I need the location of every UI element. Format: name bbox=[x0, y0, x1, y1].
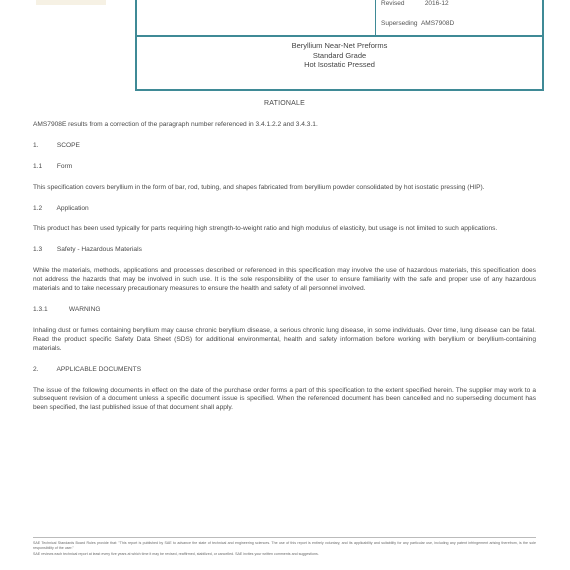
document-header-box: Revised 2016-12 Superseding AMS7908D Ber… bbox=[135, 0, 544, 91]
sae-logo-fragment bbox=[36, 0, 106, 5]
warning-paragraph: Inhaling dust or fumes containing beryll… bbox=[33, 327, 536, 354]
header-metadata: Revised 2016-12 Superseding AMS7908D bbox=[375, 0, 542, 35]
section-number: 1.2 bbox=[33, 205, 55, 214]
footer-line: SAE Technical Standards Board Rules prov… bbox=[33, 541, 536, 550]
document-title: Beryllium Near-Net Preforms Standard Gra… bbox=[137, 41, 542, 70]
footer-line: SAE reviews each technical report at lea… bbox=[33, 552, 536, 557]
section-number: 1.3.1 bbox=[33, 306, 67, 315]
section-title: Form bbox=[57, 163, 72, 170]
section-heading-scope: 1. SCOPE bbox=[33, 142, 536, 151]
rationale-heading: RATIONALE bbox=[33, 100, 536, 109]
applicable-documents-paragraph: The issue of the following documents in … bbox=[33, 387, 536, 414]
section-heading-application: 1.2 Application bbox=[33, 205, 536, 214]
section-heading-form: 1.1 Form bbox=[33, 163, 536, 172]
page-footer: SAE Technical Standards Board Rules prov… bbox=[33, 537, 536, 558]
application-paragraph: This product has been used typically for… bbox=[33, 225, 536, 234]
document-body: RATIONALE AMS7908E results from a correc… bbox=[33, 100, 536, 425]
section-number: 1.1 bbox=[33, 163, 55, 172]
header-top-section: Revised 2016-12 Superseding AMS7908D bbox=[137, 0, 542, 37]
section-title: SCOPE bbox=[57, 142, 80, 149]
section-title: Application bbox=[56, 205, 88, 212]
section-title: WARNING bbox=[69, 306, 101, 313]
section-title: Safety - Hazardous Materials bbox=[57, 246, 142, 253]
safety-paragraph: While the materials, methods, applicatio… bbox=[33, 267, 536, 294]
superseding-row: Superseding AMS7908D bbox=[381, 20, 454, 27]
section-heading-safety: 1.3 Safety - Hazardous Materials bbox=[33, 246, 536, 255]
rationale-text: AMS7908E results from a correction of th… bbox=[33, 121, 536, 130]
section-heading-warning: 1.3.1 WARNING bbox=[33, 306, 536, 315]
section-number: 1. bbox=[33, 142, 55, 151]
title-line: Beryllium Near-Net Preforms bbox=[137, 41, 542, 51]
superseding-label: Superseding bbox=[381, 20, 418, 27]
form-paragraph: This specification covers beryllium in t… bbox=[33, 184, 536, 193]
revised-label: Revised bbox=[381, 0, 423, 7]
revised-value: 2016-12 bbox=[425, 0, 449, 7]
superseding-value: AMS7908D bbox=[421, 20, 454, 27]
revised-row: Revised 2016-12 bbox=[381, 0, 449, 7]
title-line: Standard Grade bbox=[137, 51, 542, 61]
title-line: Hot Isostatic Pressed bbox=[137, 60, 542, 70]
section-number: 1.3 bbox=[33, 246, 55, 255]
section-number: 2. bbox=[33, 366, 55, 375]
section-heading-applicable-documents: 2. APPLICABLE DOCUMENTS bbox=[33, 366, 536, 375]
section-title: APPLICABLE DOCUMENTS bbox=[56, 366, 141, 373]
